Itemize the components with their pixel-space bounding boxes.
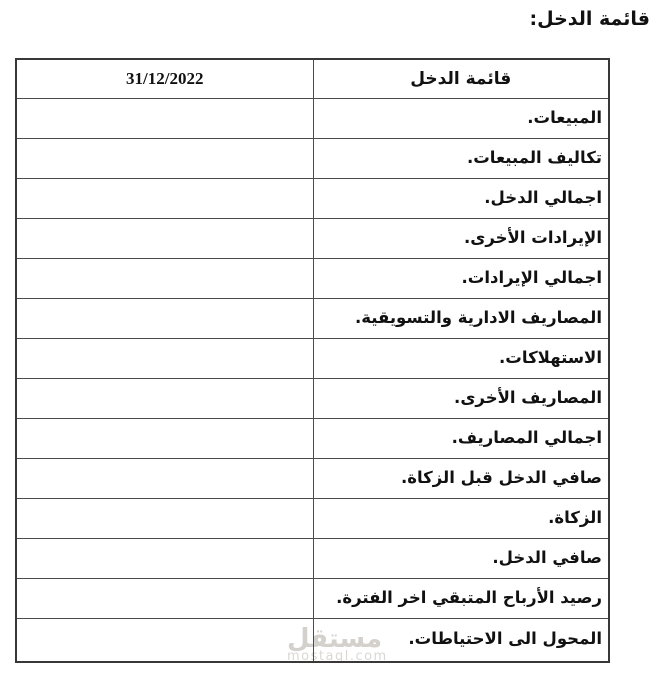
row-value bbox=[16, 618, 313, 662]
document-page: قائمة الدخل: مستقل mostaql.com قائمة الد… bbox=[0, 0, 660, 681]
table-row: تكاليف المبيعات. bbox=[16, 138, 609, 178]
row-label: الاستهلاكات. bbox=[313, 338, 609, 378]
table-row: رصيد الأرباح المتبقي اخر الفترة. bbox=[16, 578, 609, 618]
row-value bbox=[16, 98, 313, 138]
row-label: رصيد الأرباح المتبقي اخر الفترة. bbox=[313, 578, 609, 618]
table-row: صافي الدخل. bbox=[16, 538, 609, 578]
row-value bbox=[16, 218, 313, 258]
row-value bbox=[16, 418, 313, 458]
table-row: صافي الدخل قبل الزكاة. bbox=[16, 458, 609, 498]
row-value bbox=[16, 538, 313, 578]
table-row: الزكاة. bbox=[16, 498, 609, 538]
table-row: اجمالي الإيرادات. bbox=[16, 258, 609, 298]
row-label: المبيعات. bbox=[313, 98, 609, 138]
header-cell-statement-title: قائمة الدخل bbox=[313, 59, 609, 98]
row-label: اجمالي المصاريف. bbox=[313, 418, 609, 458]
row-value bbox=[16, 178, 313, 218]
income-table-body: المبيعات.تكاليف المبيعات.اجمالي الدخل.ال… bbox=[16, 98, 609, 662]
row-label: اجمالي الدخل. bbox=[313, 178, 609, 218]
table-row: اجمالي الدخل. bbox=[16, 178, 609, 218]
row-value bbox=[16, 258, 313, 298]
income-statement-table: قائمة الدخل 31/12/2022 المبيعات.تكاليف ا… bbox=[15, 58, 610, 663]
row-value bbox=[16, 458, 313, 498]
header-row: قائمة الدخل 31/12/2022 bbox=[16, 59, 609, 98]
header-cell-period-date: 31/12/2022 bbox=[16, 59, 313, 98]
income-table-header: قائمة الدخل 31/12/2022 bbox=[16, 59, 609, 98]
table-row: المصاريف الأخرى. bbox=[16, 378, 609, 418]
row-label: صافي الدخل قبل الزكاة. bbox=[313, 458, 609, 498]
table-row: المحول الى الاحتياطات. bbox=[16, 618, 609, 662]
row-value bbox=[16, 138, 313, 178]
row-value bbox=[16, 578, 313, 618]
row-value bbox=[16, 498, 313, 538]
table-row: المبيعات. bbox=[16, 98, 609, 138]
row-label: تكاليف المبيعات. bbox=[313, 138, 609, 178]
row-label: الزكاة. bbox=[313, 498, 609, 538]
table-row: المصاريف الادارية والتسويقية. bbox=[16, 298, 609, 338]
page-title: قائمة الدخل: bbox=[530, 8, 650, 30]
table-row: الإيرادات الأخرى. bbox=[16, 218, 609, 258]
row-label: صافي الدخل. bbox=[313, 538, 609, 578]
row-label: الإيرادات الأخرى. bbox=[313, 218, 609, 258]
row-value bbox=[16, 298, 313, 338]
table-row: الاستهلاكات. bbox=[16, 338, 609, 378]
row-label: المحول الى الاحتياطات. bbox=[313, 618, 609, 662]
row-label: المصاريف الأخرى. bbox=[313, 378, 609, 418]
row-value bbox=[16, 338, 313, 378]
row-value bbox=[16, 378, 313, 418]
row-label: المصاريف الادارية والتسويقية. bbox=[313, 298, 609, 338]
table-row: اجمالي المصاريف. bbox=[16, 418, 609, 458]
row-label: اجمالي الإيرادات. bbox=[313, 258, 609, 298]
